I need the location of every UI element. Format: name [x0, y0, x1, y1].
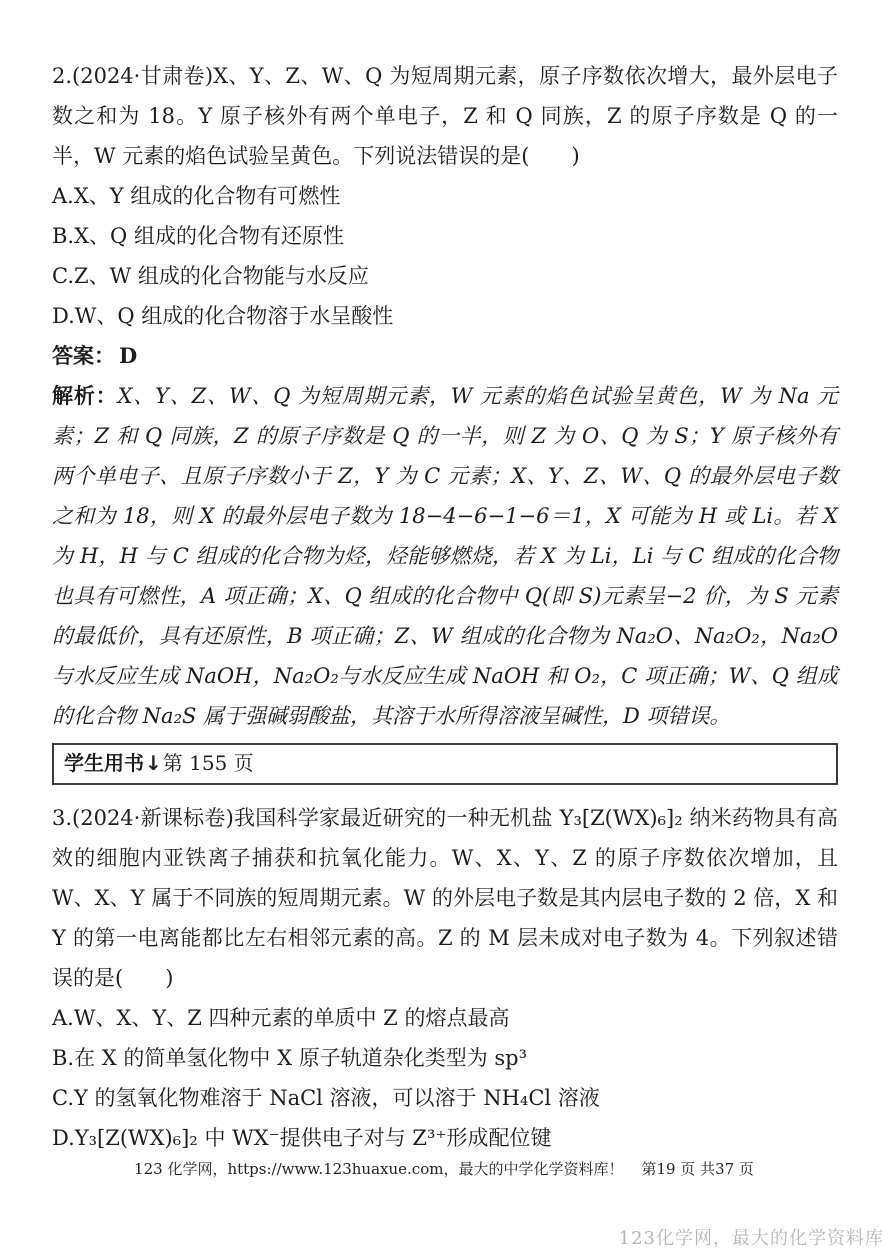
answer-value: D	[115, 343, 137, 368]
question-2-answer-line: 答案：D	[52, 336, 838, 376]
watermark-text: 123化学网，最大的化学资料库	[619, 1224, 884, 1250]
down-arrow-icon: ↓	[144, 751, 163, 775]
divider-label: 学生用书	[64, 751, 144, 775]
question-3-stem: 3.(2024·新课标卷)我国科学家最近研究的一种无机盐 Y₃[Z(WX)₆]₂…	[52, 798, 838, 998]
student-book-page-divider: 学生用书↓第 155 页	[52, 743, 838, 785]
page-footer: 123 化学网，https://www.123huaxue.com，最大的中学化…	[0, 1158, 888, 1180]
answer-label: 答案：	[52, 344, 115, 368]
question-3-option-a: A.W、X、Y、Z 四种元素的单质中 Z 的熔点最高	[52, 998, 838, 1038]
footer-site-text: 123 化学网，https://www.123huaxue.com，最大的中学化…	[134, 1160, 623, 1178]
question-2-option-c: C.Z、W 组成的化合物能与水反应	[52, 256, 838, 296]
question-2-stem: 2.(2024·甘肃卷)X、Y、Z、W、Q 为短周期元素，原子序数依次增大，最外…	[52, 56, 838, 176]
question-2-option-b: B.X、Q 组成的化合物有还原性	[52, 216, 838, 256]
question-2-option-a: A.X、Y 组成的化合物有可燃性	[52, 176, 838, 216]
question-2-option-d: D.W、Q 组成的化合物溶于水呈酸性	[52, 296, 838, 336]
question-3-option-c: C.Y 的氢氧化物难溶于 NaCl 溶液，可以溶于 NH₄Cl 溶液	[52, 1078, 838, 1118]
page-content: 2.(2024·甘肃卷)X、Y、Z、W、Q 为短周期元素，原子序数依次增大，最外…	[52, 56, 838, 1158]
analysis-body: X、Y、Z、W、Q 为短周期元素，W 元素的焰色试验呈黄色，W 为 Na 元素；…	[52, 384, 838, 728]
analysis-label: 解析：	[52, 384, 118, 408]
question-2-analysis: 解析：X、Y、Z、W、Q 为短周期元素，W 元素的焰色试验呈黄色，W 为 Na …	[52, 376, 838, 736]
divider-page-ref: 第 155 页	[163, 751, 254, 775]
question-3-option-b: B.在 X 的简单氢化物中 X 原子轨道杂化类型为 sp³	[52, 1038, 838, 1078]
footer-page-number: 第19 页 共37 页	[641, 1160, 753, 1178]
question-3: 3.(2024·新课标卷)我国科学家最近研究的一种无机盐 Y₃[Z(WX)₆]₂…	[52, 798, 838, 1158]
question-3-option-d: D.Y₃[Z(WX)₆]₂ 中 WX⁻提供电子对与 Z³⁺形成配位键	[52, 1118, 838, 1158]
question-2: 2.(2024·甘肃卷)X、Y、Z、W、Q 为短周期元素，原子序数依次增大，最外…	[52, 56, 838, 736]
